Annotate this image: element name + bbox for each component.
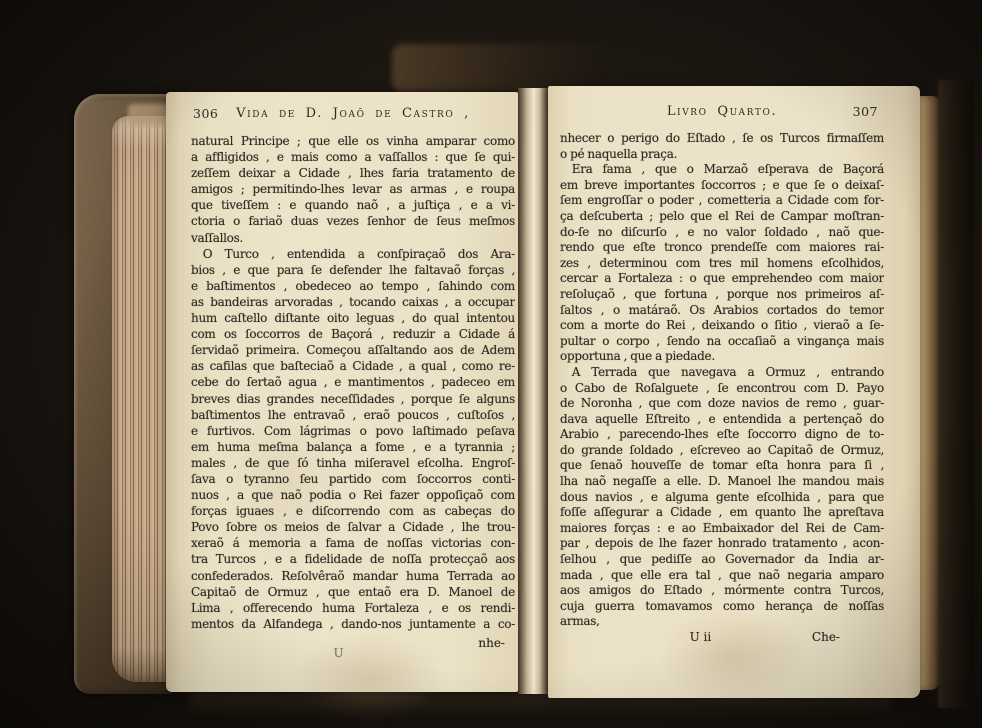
text-line: em huma meſma balança a fome , e a tyran… [191, 439, 515, 455]
text-line: mentos da Alfandega , dando-nos juntamen… [191, 616, 515, 632]
text-line: que tiveſſem : e quando naõ , a juſtiça … [191, 197, 515, 213]
text-line: que ſenaõ houveſſe de tomar eſta honra p… [560, 458, 884, 474]
text-line: aos amigos do Eſtado , mórmente contra T… [560, 583, 884, 599]
signature-mark: U [334, 646, 344, 660]
text-line: hum caſtello diſtante oito leguas , do q… [191, 310, 515, 326]
text-line: do grande ſoldado , eſcreveo ao Capitaõ … [560, 443, 884, 459]
text-line: opportuna , que a piedade. [560, 349, 884, 365]
text-line: par , depois de lhe fazer honrado tratam… [560, 536, 884, 552]
text-line: amigos ; permitindo-lhes levar as armas … [191, 181, 515, 197]
text-line: Capitaõ de Ormuz , que entaõ era D. Mano… [191, 584, 515, 600]
text-line: ça deſcuberta ; pelo que el Rei de Campa… [560, 209, 884, 225]
text-line: com os ſoccorros de Baçorá , reduzir a C… [191, 326, 515, 342]
text-line: com a morte do Rei , deixando o ſitio , … [560, 318, 884, 334]
text-line: ſaltos , o matáraõ. Os Arabios cortados … [560, 303, 884, 319]
text-line: do-ſe no diſcurſo , e no valor ſoldado ,… [560, 225, 884, 241]
text-line: reſoluçaõ , que fortuna , porque nos pri… [560, 287, 884, 303]
text-line: a affligidos , e mais como a vaſſallos :… [191, 149, 515, 165]
text-line: ſava o tyranno ſeu partido com ſoccorros… [191, 471, 515, 487]
text-line: o pé naquella praça. [560, 147, 884, 163]
right-page-footer: U ii Che- [560, 630, 884, 646]
signature-mark: U ii [690, 630, 712, 644]
text-line: xeraõ á memoria a fama de noſſas victori… [191, 535, 515, 551]
text-line: cuja guerra tomavamos como herança de no… [560, 599, 884, 615]
text-line: e baſtimentos , obedeceo ao tempo , ſahi… [191, 278, 515, 294]
book-photo-scene: 306 Vida de D. Joaõ de Castro , natural … [0, 0, 982, 728]
text-line: pultar o corpo , ſendo na occaſiaõ a vin… [560, 334, 884, 350]
text-line: lha naõ negaſſe a elle. D. Manoel lhe ma… [560, 474, 884, 490]
right-text-column: Livro Quarto. 307 nhecer o perigo do Eſt… [560, 104, 884, 646]
text-line: A Terrada que navegava a Ormuz , entrand… [560, 365, 884, 381]
text-line: e furtivos. Com lágrimas o povo laſtimad… [191, 423, 515, 439]
left-running-title: Vida de D. Joaõ de Castro , [191, 106, 515, 121]
text-line: bios , e que para ſe defender lhe faltav… [191, 262, 515, 278]
text-line: natural Principe ; que elle os vinha amp… [191, 133, 515, 149]
right-spine-shadow [938, 80, 974, 708]
text-line: baſtimentos lhe entravaõ , eraõ poucos ,… [191, 407, 515, 423]
text-line: Era fama , que o Marzaõ eſperava de Baço… [560, 162, 884, 178]
text-line: armas, [560, 614, 884, 630]
text-line: as bandeiras arvoradas , tocando caixas … [191, 294, 515, 310]
text-line: cebe do ſertaõ agua , e mantimentos , pa… [191, 374, 515, 390]
left-text-column: 306 Vida de D. Joaõ de Castro , natural … [191, 106, 515, 648]
text-line: vaſſallos. [191, 230, 515, 246]
text-line: Povo ſobre os meios de ſalvar a Cidade ,… [191, 519, 515, 535]
left-page: 306 Vida de D. Joaõ de Castro , natural … [166, 92, 518, 692]
left-page-footer: nhe- U [191, 632, 515, 648]
gutter-crease [518, 88, 548, 694]
text-line: nhecer o perigo do Eſtado , ſe os Turcos… [560, 131, 884, 147]
right-page-number: 307 [853, 104, 878, 119]
text-line: zeſſem deixar a Cidade , lhes faria trat… [191, 165, 515, 181]
text-line: ctoria o fariaõ duas vezes ſenhor de ſeu… [191, 213, 515, 229]
text-line: cercar a Fortaleza : o que emprehendeo c… [560, 271, 884, 287]
text-line: em breve importantes ſoccorros ; e que ſ… [560, 178, 884, 194]
text-line: Arabio , parecendo-lhes eſte ſoccorro di… [560, 427, 884, 443]
text-line: o Cabo de Roſalguete , ſe encontrou com … [560, 381, 884, 397]
text-line: ſervidaõ primeira. Começou aſſaltando ao… [191, 342, 515, 358]
text-line: O Turco , entendida a conſpiraçaõ dos Ar… [191, 246, 515, 262]
text-line: ſelhou , que pediſſe ao Governador da In… [560, 552, 884, 568]
text-line: tra Turcos , e a fidelidade de noſſa pro… [191, 551, 515, 567]
text-line: Lima , offerecendo huma Fortaleza , e os… [191, 600, 515, 616]
text-line: zes , determinou com tres mil homens eſc… [560, 256, 884, 272]
text-line: ſem engroſſar o poder , cometteria a Cid… [560, 193, 884, 209]
right-page-edge [920, 96, 940, 690]
text-line: breves dias grandes neceſſidades , porqu… [191, 391, 515, 407]
text-line: dava aquelle Eſtreito , e entendida a pe… [560, 412, 884, 428]
text-line: foſſe aſſegurar a Cidade , em quanto lhe… [560, 505, 884, 521]
text-line: maiores forças : e ao Embaixador del Rei… [560, 521, 884, 537]
left-running-header: 306 Vida de D. Joaõ de Castro , [191, 106, 515, 124]
catchword: nhe- [478, 636, 505, 650]
text-line: nuos , a que naõ podia o Rei fazer oppoſ… [191, 487, 515, 503]
left-body-text: natural Principe ; que elle os vinha amp… [191, 133, 515, 632]
catchword: Che- [812, 630, 840, 644]
left-page-number: 306 [193, 106, 218, 121]
text-line: dous navios , e alguma gente eſcolhida ,… [560, 490, 884, 506]
book-top-edge [392, 44, 642, 92]
text-line: de Noronha , que com doze navios de remo… [560, 396, 884, 412]
text-line: rendo que eſte tronco prendeſſe com maio… [560, 240, 884, 256]
right-running-title: Livro Quarto. [560, 104, 884, 119]
text-line: forças iguaes , e diſcorrendo com as cab… [191, 503, 515, 519]
text-line: mada , que elle era tal , que naõ negari… [560, 568, 884, 584]
right-page: Livro Quarto. 307 nhecer o perigo do Eſt… [548, 86, 920, 698]
text-line: males , de que ſó tinha miſeravel eſcolh… [191, 455, 515, 471]
text-line: confederados. Reſolvêraõ mandar huma Ter… [191, 568, 515, 584]
right-body-text: nhecer o perigo do Eſtado , ſe os Turcos… [560, 131, 884, 630]
right-running-header: Livro Quarto. 307 [560, 104, 884, 122]
text-line: as cafilas que baſteciaõ a Cidade , a qu… [191, 358, 515, 374]
